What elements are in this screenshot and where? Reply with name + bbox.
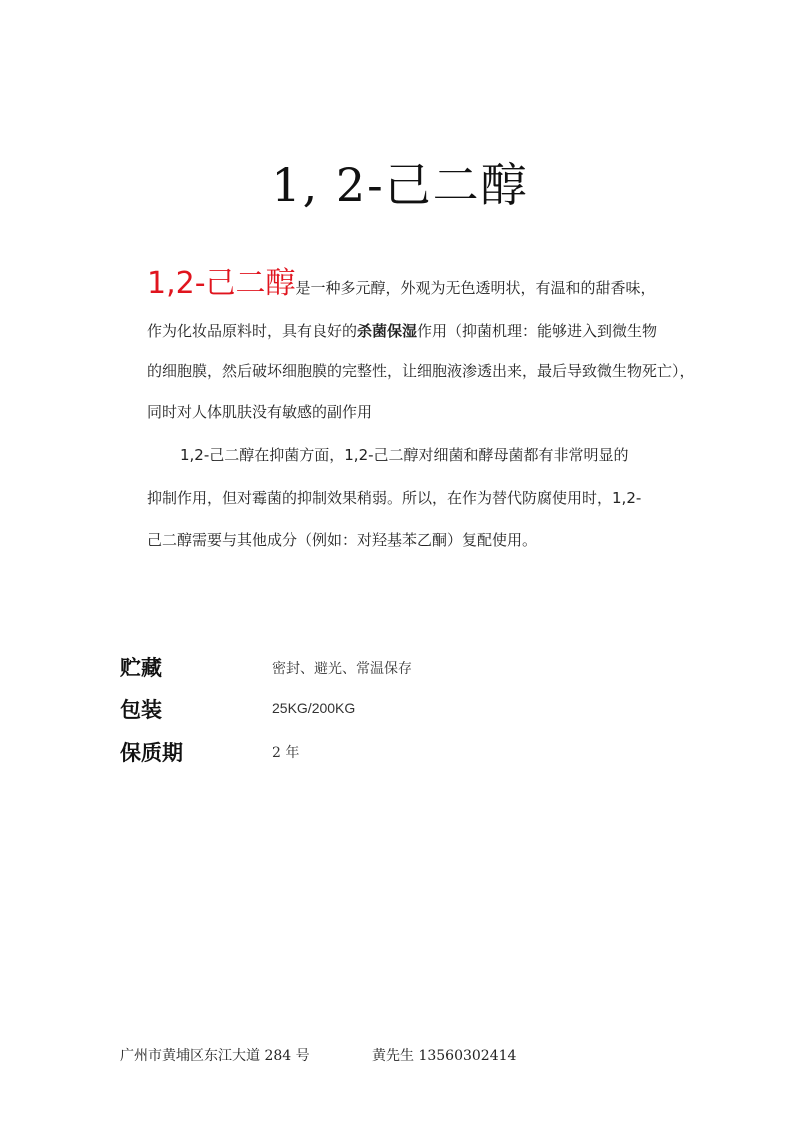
- spec-value-storage: 密封、避光、常温保存: [272, 658, 412, 678]
- intro-line-4: 同时对人体肌肤没有敏感的副作用: [147, 401, 372, 422]
- intro-line-1: 1,2-己二醇是一种多元醇，外观为无色透明状，有温和的甜香味，: [147, 258, 656, 302]
- footer-address: 广州市黄埔区东江大道 284 号: [120, 1045, 310, 1065]
- para2-line-3: 己二醇需要与其他成分（例如：对羟基苯乙酮）复配使用。: [147, 529, 537, 550]
- intro-line-3: 的细胞膜，然后破坏细胞膜的完整性，让细胞液渗透出来，最后导致微生物死亡），: [147, 360, 695, 381]
- spec-label-packaging: 包装: [120, 694, 162, 724]
- spec-label-shelf-life: 保质期: [120, 737, 183, 767]
- para2-line-1: 1,2-己二醇在抑菌方面，1,2-己二醇对细菌和酵母菌都有非常明显的: [180, 444, 629, 465]
- footer-contact: 黄先生 13560302414: [372, 1045, 516, 1065]
- spec-value-shelf-life: 2 年: [272, 742, 299, 762]
- para2-line-2: 抑制作用，但对霉菌的抑制效果稍弱。所以，在作为替代防腐使用时，1,2-: [147, 487, 641, 508]
- product-name-highlight: 1,2-己二醇: [147, 266, 296, 301]
- intro-line-2: 作为化妆品原料时，具有良好的杀菌保湿作用（抑菌机理：能够进入到微生物: [147, 320, 657, 341]
- spec-label-storage: 贮藏: [120, 652, 162, 682]
- spec-value-packaging: 25KG/200KG: [272, 700, 355, 716]
- intro-text: 作用（抑菌机理：能够进入到微生物: [417, 322, 657, 340]
- intro-text: 作为化妆品原料时，具有良好的: [147, 322, 357, 340]
- intro-text: 是一种多元醇，外观为无色透明状，有温和的甜香味，: [296, 279, 656, 297]
- document-title: 1, 2-己二醇: [0, 149, 800, 215]
- bold-keyword: 杀菌保湿: [357, 322, 417, 340]
